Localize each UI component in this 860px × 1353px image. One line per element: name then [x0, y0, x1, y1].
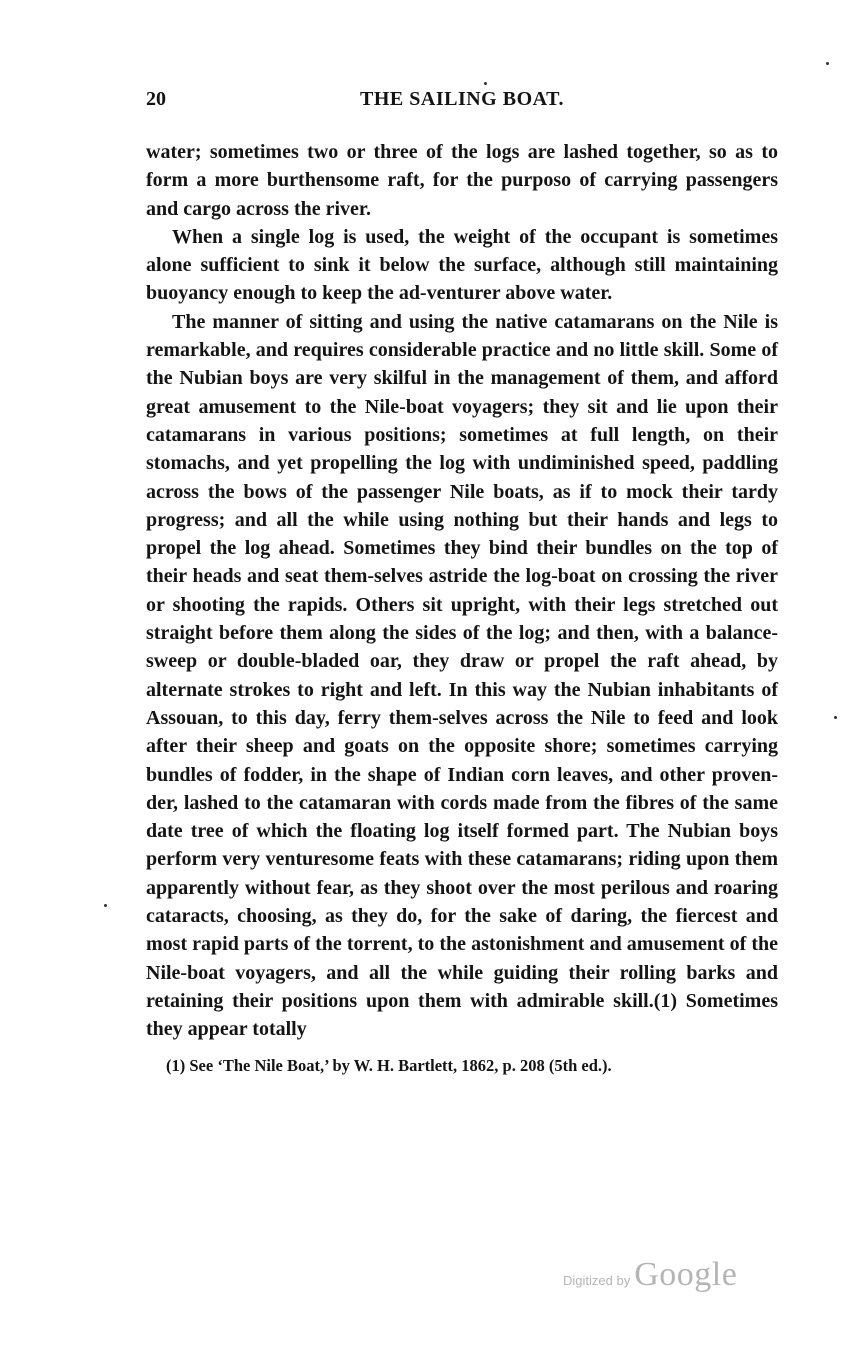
paragraph-1: water; sometimes two or three of the log…	[146, 138, 778, 223]
digitized-watermark: Digitized by Google	[563, 1256, 737, 1294]
book-page: 20 THE SAILING BOAT. water; sometimes tw…	[146, 88, 778, 1076]
paragraph-3: The manner of sitting and using the nati…	[146, 308, 778, 1044]
page-header: 20 THE SAILING BOAT.	[146, 88, 778, 120]
footnote-marker: (1)	[166, 1056, 185, 1075]
watermark-prefix: Digitized by	[563, 1273, 630, 1288]
body-text: water; sometimes two or three of the log…	[146, 138, 778, 1044]
scan-speck	[834, 716, 837, 719]
footnote: (1) See ‘The Nile Boat,’ by W. H. Bartle…	[146, 1056, 778, 1076]
paragraph-2: When a single log is used, the weight of…	[146, 223, 778, 308]
footnote-text: See ‘The Nile Boat,’ by W. H. Bartlett, …	[189, 1056, 611, 1075]
scan-speck	[104, 904, 107, 907]
scan-speck	[484, 82, 487, 85]
running-title: THE SAILING BOAT.	[146, 88, 778, 111]
google-logo: Google	[634, 1256, 737, 1293]
scan-speck	[826, 62, 829, 65]
